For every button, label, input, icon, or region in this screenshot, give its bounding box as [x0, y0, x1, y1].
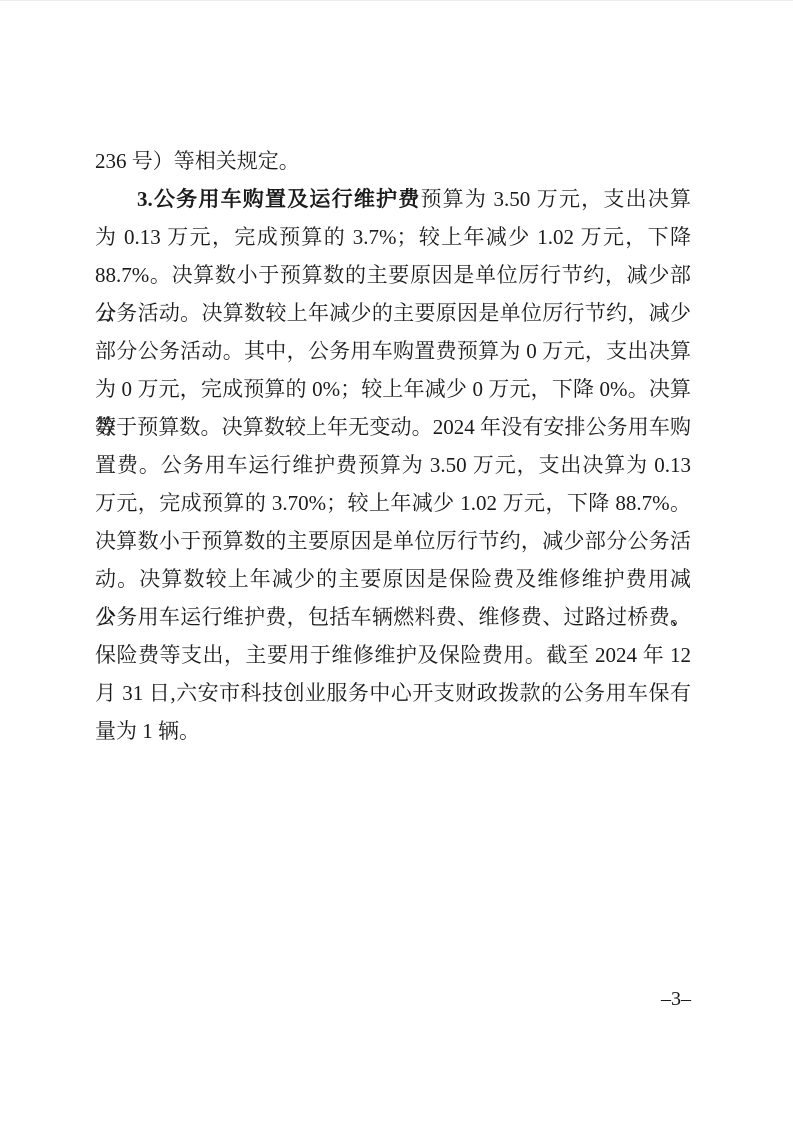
- document-page: 236 号）等相关规定。 3.公务用车购置及运行维护费预算为 3.50 万元，支…: [0, 0, 793, 1122]
- document-body: 236 号）等相关规定。 3.公务用车购置及运行维护费预算为 3.50 万元，支…: [95, 142, 691, 750]
- body-line: 为 0 万元，完成预算的 0%；较上年减少 0 万元，下降 0%。决算数: [95, 370, 691, 408]
- body-line: 决算数小于预算数的主要原因是单位厉行节约，减少部分公务活: [95, 522, 691, 560]
- section-3-heading: 3.公务用车购置及运行维护费: [137, 187, 420, 211]
- body-line: 88.7%。决算数小于预算数的主要原因是单位厉行节约，减少部分: [95, 256, 691, 294]
- body-line: 保险费等支出，主要用于维修维护及保险费用。截至 2024 年 12: [95, 636, 691, 674]
- page-number: –3–: [95, 986, 691, 1012]
- body-line: 万元，完成预算的 3.70%；较上年减少 1.02 万元，下降 88.7%。: [95, 484, 691, 522]
- body-text: 预算为 3.50 万元，支出决算: [420, 187, 691, 211]
- body-line: 3.公务用车购置及运行维护费预算为 3.50 万元，支出决算: [95, 180, 691, 218]
- body-line: 为 0.13 万元，完成预算的 3.7%；较上年减少 1.02 万元，下降: [95, 218, 691, 256]
- body-line: 月 31 日,六安市科技创业服务中心开支财政拨款的公务用车保有: [95, 674, 691, 712]
- body-line: 置费。公务用车运行维护费预算为 3.50 万元，支出决算为 0.13: [95, 446, 691, 484]
- body-line: 公务用车运行维护费，包括车辆燃料费、维修费、过路过桥费、: [95, 598, 691, 636]
- scan-edge-line: [0, 0, 793, 1]
- body-line: 236 号）等相关规定。: [95, 142, 691, 180]
- body-line: 等于预算数。决算数较上年无变动。2024 年没有安排公务用车购: [95, 408, 691, 446]
- body-line: 公务活动。决算数较上年减少的主要原因是单位厉行节约，减少: [95, 294, 691, 332]
- body-line: 部分公务活动。其中，公务用车购置费预算为 0 万元，支出决算: [95, 332, 691, 370]
- body-line: 量为 1 辆。: [95, 712, 691, 750]
- body-line: 动。决算数较上年减少的主要原因是保险费及维修维护费用减少。: [95, 560, 691, 598]
